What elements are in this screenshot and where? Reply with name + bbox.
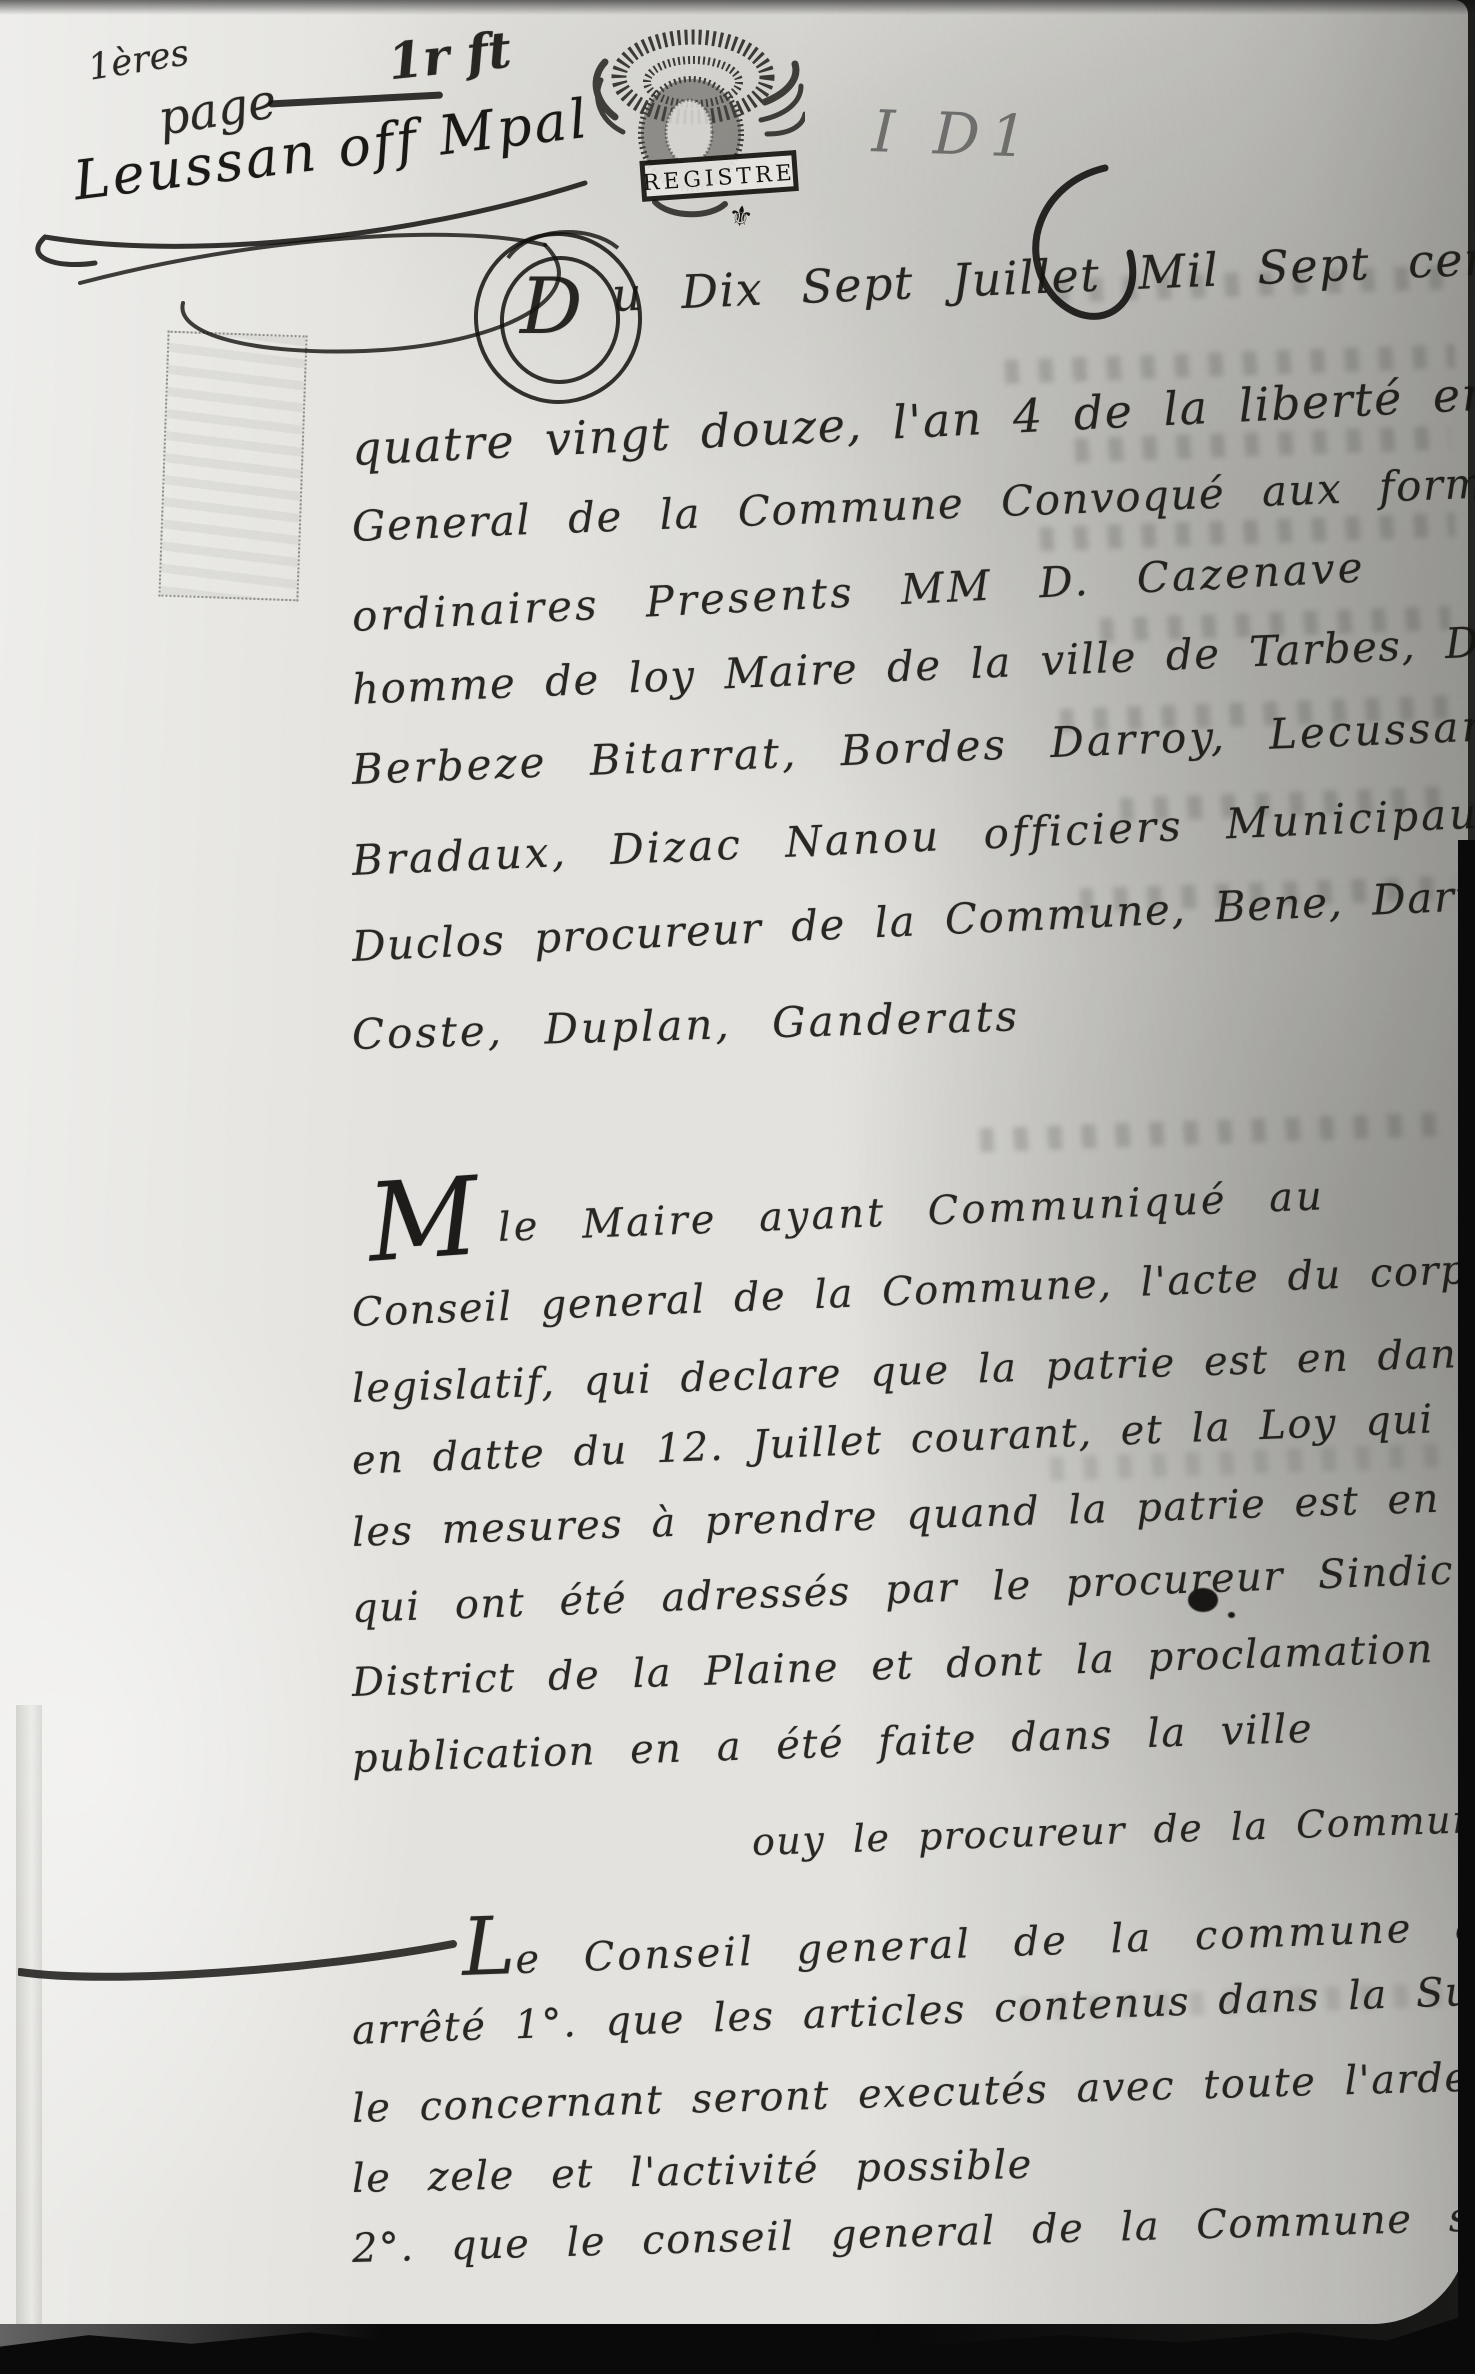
paragraph2-initial: M <box>364 1154 483 1286</box>
manuscript-scan: 1ères page 1r ft Leussan off Mpal REGIST… <box>0 0 1475 2374</box>
scan-right-edge <box>1458 840 1475 2374</box>
scan-top-edge <box>0 0 1475 15</box>
fleur-de-lis-icon: ⚜ <box>726 198 755 232</box>
binding-seam <box>16 1705 42 2324</box>
paragraph1-initial: D <box>520 262 583 352</box>
registry-stamp: REGISTRE ⚜ <box>585 22 805 232</box>
faded-rectangular-stamp <box>158 331 307 602</box>
ink-blot <box>1188 1588 1218 1612</box>
ink-speck <box>1228 1612 1235 1618</box>
lead-in-swash <box>18 1930 458 1990</box>
